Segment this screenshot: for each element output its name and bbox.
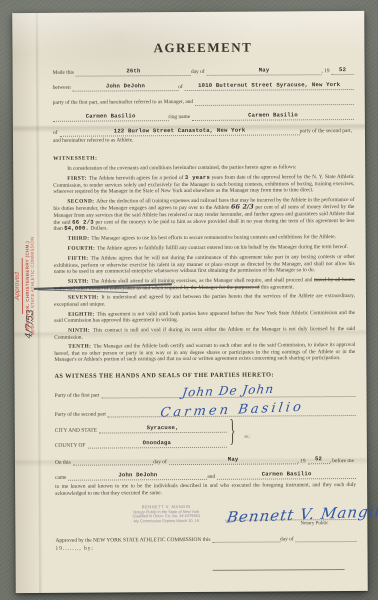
clause-seventh: SEVENTH: It is understood and agreed by … [54,293,355,308]
approval-signature-line [212,561,344,571]
ack-year-field: 52 [308,457,330,465]
first-party-label: Party of the first part [55,392,102,399]
witness-heading: AS WITNESS THE HANDS AND SEALS OF THE PA… [54,371,355,380]
acknowledgment-date-row: On this day of May , 19 52 , before me [55,456,356,466]
clause-segment-print: This contract is null and void if during… [54,326,355,340]
clause-label: NINTH: [68,328,93,334]
and-label: and [207,474,217,481]
parties-line: between John DeJohn of 1010 Butternut St… [53,82,354,92]
document-content: AGREEMENT Made this 26th day of May , 19… [52,37,356,572]
year-field: 52 [332,67,354,75]
clause-segment-typed: 3 years [185,174,210,181]
acknowledgment-body: to me known and known to me to be the in… [55,482,356,497]
clause-fourth: FOURTH: The Athlete agrees to faithfully… [54,244,355,252]
clause-segment-print: The Athlete agrees that he will not duri… [54,254,355,275]
clause-label: SECOND: [67,199,96,205]
athlete-address-line: of 122 Burlow Street Canastota, New York… [53,127,354,137]
witnesseth-heading: WITNESSETH: [53,154,354,162]
clause-label: TENTH: [68,344,93,350]
manager-name-field: John DeJohn [73,83,179,92]
clause-label: SIXTH: [68,279,91,285]
clause-label: THIRD: [68,236,92,242]
clause-segment-hand: 66 2/3 [231,203,254,211]
clause-third: THIRD: The Manager agrees to use his bes… [54,234,355,242]
date-line: Made this 26th day of May , 19 52 [53,67,354,77]
clause-segment-print: The Manager agrees to use his best effor… [91,235,336,242]
ss-label: ss.: [244,434,250,440]
clause-second: SECOND: After the deduction of all train… [53,197,354,233]
notary-stamp-line4: My Commission Expires March 30, 19 [107,519,225,525]
approval-month-field [296,534,357,542]
city-state-field: Syracuse, [99,425,226,434]
clause-segment-typed: $4,000. [64,225,89,232]
came-name1-field: John DeJohn [68,472,207,481]
first-part-line: party of the first part, and hereinafter… [53,97,354,107]
ring-name-field: Carmen Basilio [192,112,354,121]
notary-stamp: BENNETT V. MANGIN Notary Public in the S… [107,497,225,532]
athlete-address-field: 122 Burlow Street Canastota, New York [59,127,299,136]
venue-brace: } [229,412,235,449]
between-label: between [53,85,73,92]
clause-segment-print: Dollars. [89,226,108,232]
month-field: May [207,67,322,76]
city-state-label: CITY AND STATE [55,427,99,434]
clause-sixth: SIXTH: The Athlete shall attend to all t… [54,277,355,292]
ring-name-label: ring name [168,114,192,121]
notary-public-label: Notary Public [300,522,328,528]
clause-eighth: EIGHTH: This agreement is not valid unti… [54,310,355,325]
clause-segment-print: This agreement is not valid until both p… [54,310,355,324]
first-party-signature-row: Party of the first part John De John [54,381,355,399]
clause-fifth: FIFTH: The Athlete agrees that he will n… [54,254,355,275]
approval-day-field [212,535,280,543]
commission-approval-block: Approved by the NEW YORK STATE ATHLETIC … [55,534,356,571]
agreement-document: Approved ROBERT K. CHRISTENBERRY (CHM.) … [12,11,368,593]
came-name2-field: Carmen Basilio [217,471,356,480]
second-party-signature-row: Party of the second part Carmen Basilio [55,400,356,418]
clause-label: FIFTH: [68,256,91,262]
city-state-row: CITY AND STATE Syracuse, [55,425,227,434]
came-row: came John DeJohn and Carmen Basilio [55,471,356,481]
county-label: COUNTY OF [55,443,88,450]
athlete-name-field: Carmen Basilio [53,113,169,122]
clause-first: FIRST: The Athlete herewith agrees for a… [53,174,354,196]
clause-label: FIRST: [67,176,89,182]
clause-label: EIGHTH: [68,311,97,317]
clause-segment-print: this agreement. [260,284,294,290]
stamp-approved-line: Approved [14,258,23,314]
clauses-section: FIRST: The Athlete herewith agrees for a… [53,174,355,364]
ack-month-field: May [169,457,298,466]
witnesseth-intro: In consideration of the covenants and co… [53,164,354,172]
came-label: came [55,475,68,482]
ack-day-of-label: day of [153,459,169,466]
county-row: COUNTY OF Onondaga [55,440,227,449]
notary-block: BENNETT V. MANGIN Notary Public in the S… [55,496,356,532]
county-field: Onondaga [87,440,226,449]
athlete-line: Carmen Basilio ring name Carmen Basilio [53,112,354,122]
on-this-label: On this [55,460,73,467]
document-title: AGREEMENT [52,39,353,56]
venue-block: CITY AND STATE Syracuse, COUNTY OF Onond… [55,424,356,449]
approval-day-of-label: day of [280,536,296,543]
ack-year-prefix: , 19 [297,458,307,465]
athlete-ref-text: and hereinafter referred to as Athlete. [53,136,354,144]
date-day-field: 26th [76,68,191,77]
empty-rule [195,97,354,106]
day-of-label: day of [191,69,207,76]
second-party-label: Party of the second part [55,411,108,418]
ack-day-field [73,458,153,466]
approval-text: Approved by the NEW YORK STATE ATHLETIC … [55,537,212,544]
clause-segment-print: The Athlete agrees to faithfully fulfill… [97,244,348,252]
approval-line2: 19......., by: [55,544,356,552]
clause-segment-print: The Athlete herewith agrees for a period… [89,175,185,182]
made-this-label: Made this [53,70,76,77]
before-me-label: , before me [330,458,356,465]
clause-label: FOURTH: [68,246,97,252]
approval-row: Approved by the NEW YORK STATE ATHLETIC … [55,534,356,544]
clause-label: SEVENTH: [68,295,101,301]
first-part-text: party of the first part, and hereinafter… [53,99,195,106]
photo-background: Approved ROBERT K. CHRISTENBERRY (CHM.) … [0,0,378,600]
clause-tenth: TENTH: The Manager and the Athlete both … [54,342,355,363]
year-prefix: , 19 [321,68,331,75]
first-party-signature-line: John De John [101,383,355,399]
clause-segment-print: The Manager and the Athlete both certify… [54,342,355,363]
manager-signature: John De John [182,382,276,400]
notary-signature-line: Bennett V. Mangin Notary Public [225,496,356,521]
second-part-text: party of the second part, [300,128,354,135]
manager-address-field: 1010 Butternut Street Syracuse, New York [185,82,354,91]
clause-ninth: NINTH: This contract is null and void if… [54,326,355,341]
